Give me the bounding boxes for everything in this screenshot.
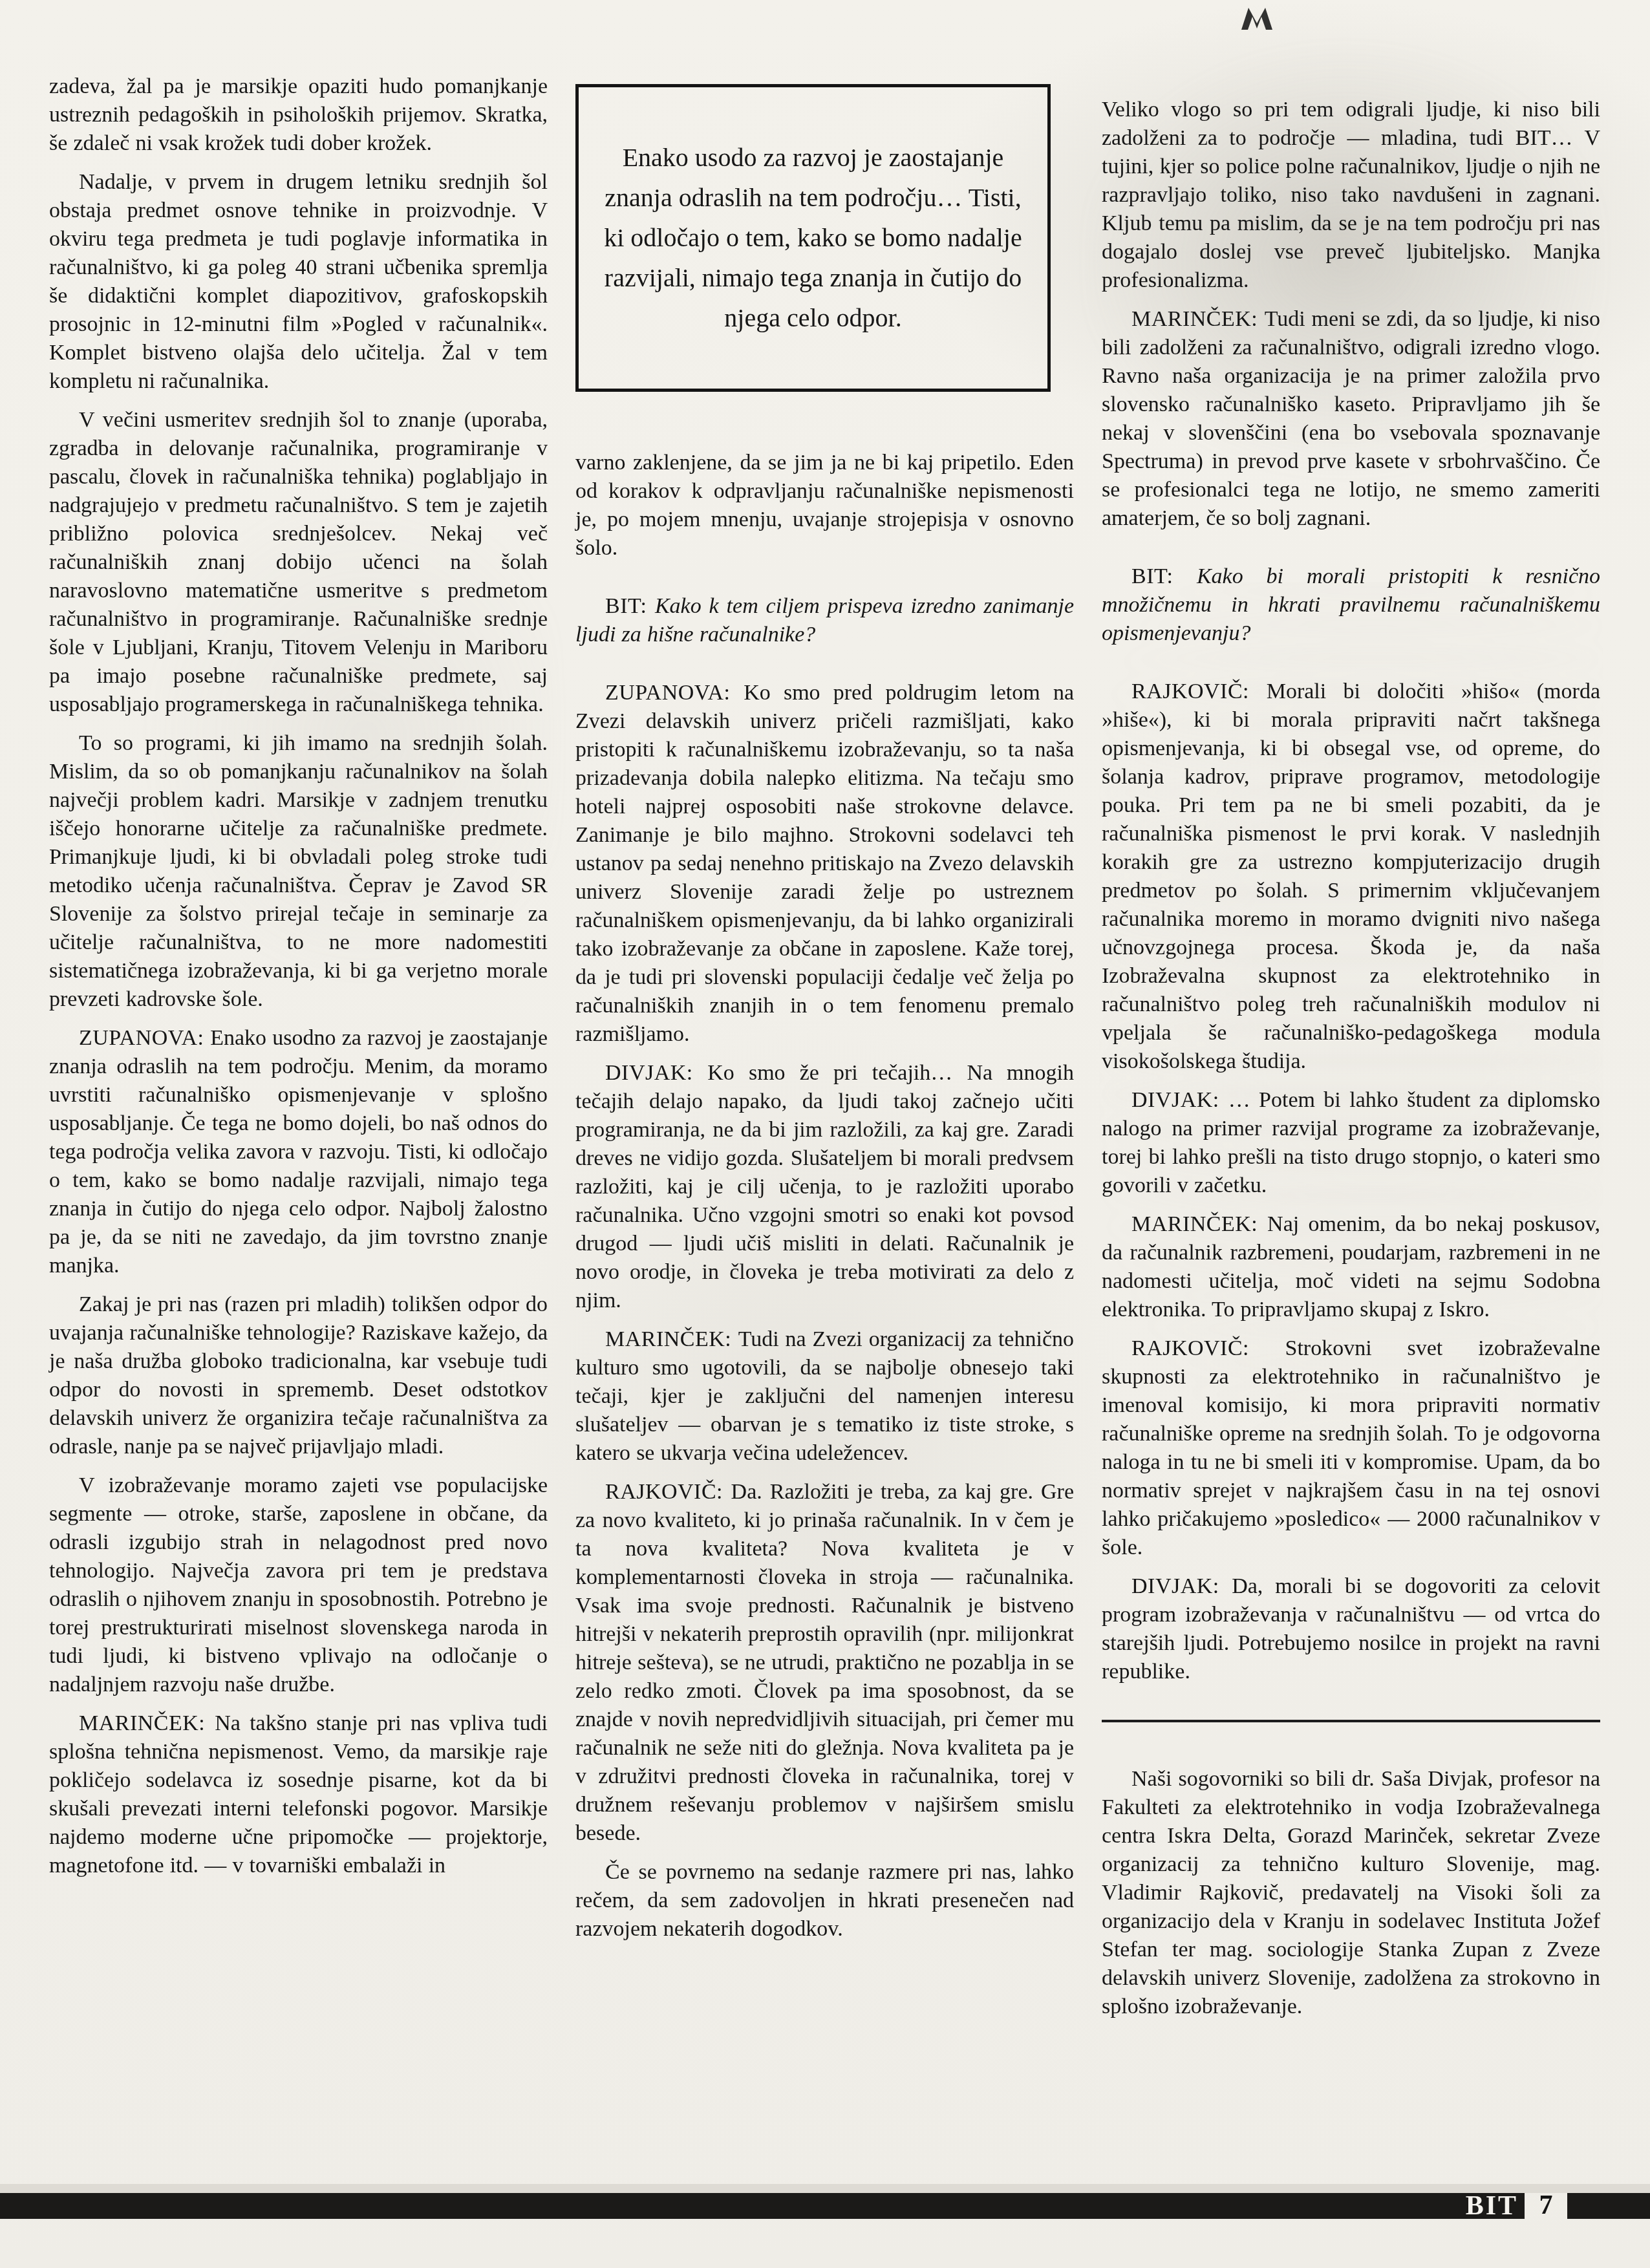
- body-paragraph: ZUPANOVA: Ko smo pred poldrugim letom na…: [575, 679, 1074, 1049]
- body-paragraph: RAJKOVIČ: Strokovni svet izobraževalne s…: [1102, 1334, 1600, 1562]
- paragraph-text: varno zaklenjene, da se jim ja ne bi kaj…: [575, 451, 1074, 560]
- body-paragraph: V večini usmeritev srednjih šol to znanj…: [49, 406, 548, 719]
- body-paragraph: zadeva, žal pa je marsikje opaziti hudo …: [49, 72, 548, 158]
- body-paragraph: MARINČEK: Tudi na Zvezi organizacij za t…: [575, 1325, 1074, 1468]
- speaker-name: MARINČEK:: [79, 1711, 215, 1735]
- page-corner-mark: [1240, 6, 1274, 32]
- paragraph-text: Enako usodno za razvoj je zaostajanje zn…: [49, 1026, 548, 1278]
- paragraph-text: To so programi, ki jih imamo na srednjih…: [49, 731, 548, 1011]
- body-paragraph: V izobraževanje moramo zajeti vse popula…: [49, 1471, 548, 1699]
- body-paragraph: MARINČEK: Tudi meni se zdi, da so ljudje…: [1102, 305, 1600, 533]
- bit-logo: BIT: [1466, 2192, 1518, 2220]
- body-paragraph: MARINČEK: Na takšno stanje pri nas vpliv…: [49, 1709, 548, 1880]
- speaker-name: DIVJAK:: [605, 1061, 707, 1085]
- article-columns: zadeva, žal pa je marsikje opaziti hudo …: [49, 72, 1601, 2031]
- pull-quote-text: Enako usodo za razvoj je zaostajanje zna…: [595, 138, 1031, 338]
- column-middle-text: varno zaklenjene, da se jim ja ne bi kaj…: [575, 449, 1074, 1943]
- paragraph-text: Zakaj je pri nas (razen pri mladih) toli…: [49, 1292, 548, 1459]
- paragraph-text: Veliko vlogo so pri tem odigrali ljudje,…: [1102, 98, 1600, 292]
- body-paragraph: RAJKOVIČ: Morali bi določiti »hišo« (mor…: [1102, 678, 1600, 1076]
- closing-note: Naši sogovorniki so bili dr. Saša Divjak…: [1102, 1720, 1600, 2021]
- speaker-name: MARINČEK:: [605, 1327, 738, 1351]
- footer-shadow-strip: [0, 2184, 1650, 2193]
- paragraph-text: Ko smo pred poldrugim letom na Zvezi del…: [575, 681, 1074, 1046]
- footer-bar-right: [1567, 2193, 1650, 2219]
- paragraph-text: Na takšno stanje pri nas vpliva tudi spl…: [49, 1711, 548, 1878]
- pull-quote-box: Enako usodo za razvoj je zaostajanje zna…: [575, 84, 1051, 392]
- speaker-name: MARINČEK:: [1131, 307, 1265, 331]
- column-right: Veliko vlogo so pri tem odigrali ljudje,…: [1102, 72, 1600, 2031]
- body-paragraph: DIVJAK: Da, morali bi se dogovoriti za c…: [1102, 1572, 1600, 1686]
- paragraph-text: Da. Razložiti je treba, za kaj gre. Gre …: [575, 1480, 1074, 1845]
- paragraph-text: Ko smo že pri tečajih… Na mnogih tečajih…: [575, 1061, 1074, 1312]
- magazine-page: zadeva, žal pa je marsikje opaziti hudo …: [0, 0, 1650, 2268]
- paragraph-text: V izobraževanje moramo zajeti vse popula…: [49, 1473, 548, 1696]
- body-paragraph: Veliko vlogo so pri tem odigrali ljudje,…: [1102, 96, 1600, 295]
- speaker-name: RAJKOVIČ:: [1131, 679, 1267, 703]
- body-paragraph: To so programi, ki jih imamo na srednjih…: [49, 729, 548, 1014]
- page-number: 7: [1525, 2190, 1567, 2220]
- body-paragraph: DIVJAK: Ko smo že pri tečajih… Na mnogih…: [575, 1059, 1074, 1315]
- speaker-name: MARINČEK:: [1131, 1212, 1267, 1236]
- paragraph-text: Nadalje, v prvem in drugem letniku sredn…: [49, 170, 548, 393]
- paragraph-text: Tudi meni se zdi, da so ljudje, ki niso …: [1102, 307, 1600, 530]
- body-paragraph: RAJKOVIČ: Da. Razložiti je treba, za kaj…: [575, 1478, 1074, 1848]
- speaker-name: RAJKOVIČ:: [1131, 1336, 1285, 1360]
- body-paragraph: Če se povrnemo na sedanje razmere pri na…: [575, 1858, 1074, 1943]
- body-paragraph: ZUPANOVA: Enako usodno za razvoj je zaos…: [49, 1024, 548, 1280]
- speaker-name: DIVJAK:: [1131, 1574, 1232, 1598]
- column-middle: Enako usodo za razvoj je zaostajanje zna…: [575, 72, 1074, 1954]
- speaker-name: ZUPANOVA:: [605, 681, 744, 705]
- speaker-name: DIVJAK:: [1131, 1088, 1228, 1112]
- speaker-name: ZUPANOVA:: [79, 1026, 210, 1050]
- body-paragraph: Nadalje, v prvem in drugem letniku sredn…: [49, 168, 548, 396]
- speaker-name: BIT:: [605, 594, 655, 618]
- body-paragraph: MARINČEK: Naj omenim, da bo nekaj poskus…: [1102, 1210, 1600, 1324]
- paragraph-text: Strokovni svet izobraževalne skupnosti z…: [1102, 1336, 1600, 1559]
- paragraph-text: zadeva, žal pa je marsikje opaziti hudo …: [49, 74, 548, 155]
- footer-bar: BIT: [0, 2193, 1525, 2219]
- paragraph-text: Morali bi določiti »hišo« (morda »hiše«)…: [1102, 679, 1600, 1073]
- interview-question: BIT: Kako k tem ciljem prispeva izredno …: [575, 592, 1074, 649]
- paragraph-text: Če se povrnemo na sedanje razmere pri na…: [575, 1860, 1074, 1941]
- speaker-name: BIT:: [1131, 564, 1197, 588]
- interview-question: BIT: Kako bi morali pristopiti k resničn…: [1102, 562, 1600, 648]
- paragraph-text: V večini usmeritev srednjih šol to znanj…: [49, 408, 548, 716]
- body-paragraph: Zakaj je pri nas (razen pri mladih) toli…: [49, 1290, 548, 1461]
- column-left: zadeva, žal pa je marsikje opaziti hudo …: [49, 72, 548, 1890]
- paragraph-text: Naši sogovorniki so bili dr. Saša Divjak…: [1102, 1767, 1600, 2018]
- speaker-name: RAJKOVIČ:: [605, 1480, 731, 1504]
- body-paragraph: DIVJAK: … Potem bi lahko študent za dipl…: [1102, 1086, 1600, 1200]
- body-paragraph: varno zaklenjene, da se jim ja ne bi kaj…: [575, 449, 1074, 562]
